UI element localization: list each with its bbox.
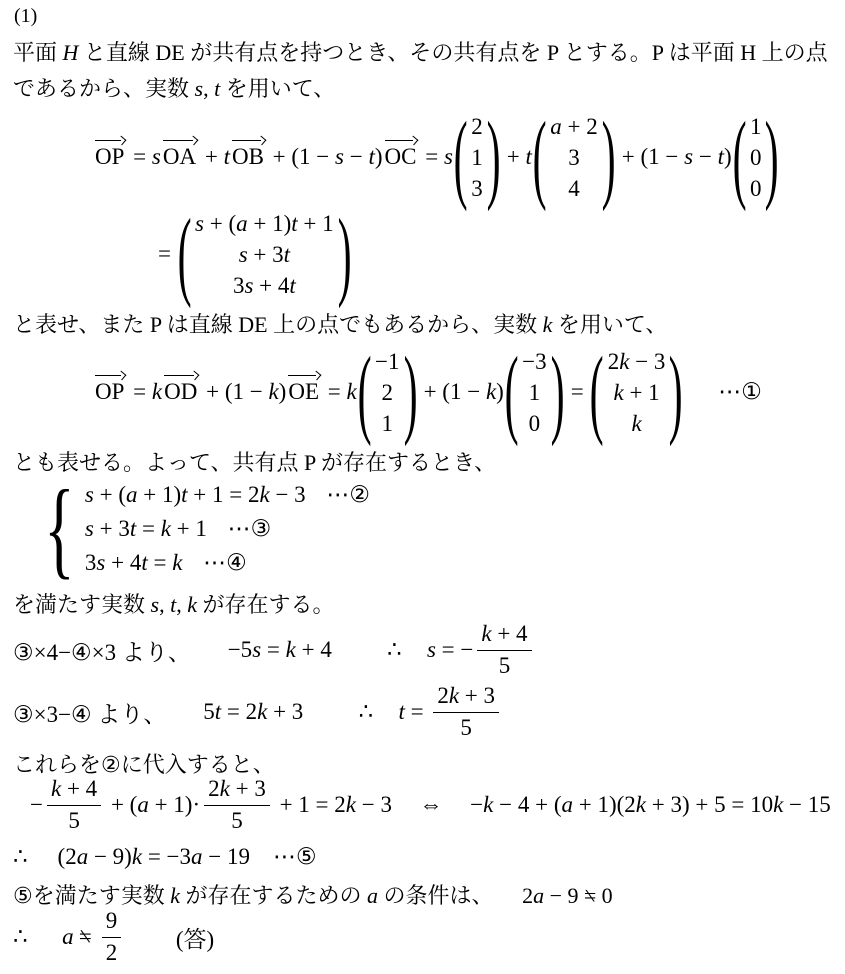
text-run: を用いて、 <box>552 312 667 337</box>
vector-component: 2 <box>372 377 402 408</box>
text-run: ⋯② <box>326 482 370 507</box>
text-run: k <box>619 349 629 374</box>
text-run: + 1)(2 <box>573 792 636 818</box>
text-run: ∴ <box>13 924 28 950</box>
text-run: ∴ <box>387 637 402 663</box>
text-run: が存在するための <box>180 883 367 908</box>
right-paren: ) <box>337 206 351 302</box>
text-run: ∴ <box>359 699 374 725</box>
text-run: a <box>550 114 562 139</box>
text-run: , <box>203 76 214 101</box>
fraction-numerator: 2k + 3 <box>204 776 270 805</box>
text-run: ∴ <box>13 844 28 869</box>
vector-label: OP <box>95 379 124 404</box>
text-run: − 15 <box>783 792 830 818</box>
vector-label: OB <box>232 144 264 169</box>
text-run: ⋯④ <box>203 550 247 575</box>
text-run: k <box>152 379 162 405</box>
text-run: (2 <box>58 844 77 869</box>
derivation-t-line: ③×3−④ より、5t = 2k + 3∴t = 2k + 35 <box>13 684 503 740</box>
line-de-paragraph: と表せ、また P は直線 DE 上の点でもあるから、実数 k を用いて、 <box>13 308 667 341</box>
text-run <box>92 924 98 950</box>
system-equation-4: 3s + 4t = k⋯④ <box>85 546 370 580</box>
fraction-denominator: 2 <box>106 938 118 966</box>
problem-part-label: (1) <box>14 5 37 28</box>
text-run: + 1)· <box>149 792 200 818</box>
text-run: − <box>30 792 43 818</box>
text-run: + ( <box>204 211 236 236</box>
vector-label: OP <box>95 144 124 169</box>
vector-components: a + 234 <box>547 111 600 204</box>
column-vector: (−121) <box>358 344 417 440</box>
spacer <box>402 650 427 651</box>
column-vector: (−310) <box>505 344 564 440</box>
spacer <box>392 805 420 806</box>
vector-component: 2 <box>468 111 486 142</box>
text-run: = <box>136 516 160 541</box>
vector-components: s + (a + 1)t + 1s + 3t3s + 4t <box>192 208 337 301</box>
right-paren: ) <box>669 344 683 440</box>
text-run: + 4 <box>296 637 332 663</box>
text-run: 5 <box>203 699 215 725</box>
text-run: k <box>286 637 296 663</box>
column-vector: (s + (a + 1)t + 1s + 3t3s + 4t) <box>178 206 351 302</box>
text-run: − 19 <box>203 844 250 869</box>
text-run: ⋯⑤ <box>273 844 317 869</box>
column-vector: (100) <box>733 109 779 205</box>
vector-component: k + 1 <box>605 377 669 408</box>
substituted-equation: −k + 45 + (a + 1)·2k + 35 + 1 = 2k − 3⇔−… <box>30 776 831 834</box>
text-run: + (1 − <box>418 379 486 405</box>
text-run: k <box>486 379 496 405</box>
text-run: であるから、実数 <box>13 76 195 101</box>
fraction-numerator: 9 <box>102 908 122 937</box>
text-run: 2 <box>437 683 449 708</box>
text-run: − 3 <box>629 349 665 374</box>
vector-component: s + (a + 1)t + 1 <box>192 208 337 239</box>
line-point-equation: OP = kOD + (1 − k)OE = k(−121) + (1 − k)… <box>93 344 762 440</box>
intersection-paragraph: とも表せる。よって、共有点 P が存在するとき、 <box>13 446 496 479</box>
text-run: = − <box>436 637 473 663</box>
derivation-s-line: ③×4−④×3 より、−5s = k + 4∴s = −k + 45 <box>13 622 536 678</box>
text-run: − 3 <box>356 792 392 818</box>
text-run: k <box>773 792 783 818</box>
text-run: 0 <box>750 145 762 170</box>
left-paren: ( <box>177 206 191 302</box>
text-run: + ( <box>94 482 126 507</box>
text-run: a <box>126 482 138 507</box>
text-run: = −3 <box>142 844 191 869</box>
vector-arrow-notation: OC <box>385 144 417 170</box>
text-run: 0 <box>596 883 613 908</box>
spacer <box>28 937 63 938</box>
vector-component: 0 <box>519 408 549 439</box>
text-run: s <box>195 211 204 236</box>
text-run: a <box>236 211 248 236</box>
text-run: + 1 = 2 <box>188 482 260 507</box>
fraction-numerator: k + 4 <box>47 776 101 805</box>
fraction-numerator: k + 4 <box>477 621 531 650</box>
text-run: ) <box>724 144 732 170</box>
text-run: k <box>268 379 278 405</box>
text-run: = <box>148 550 172 575</box>
intro-paragraph-line-2: であるから、実数 s, t を用いて、 <box>13 72 335 105</box>
text-run: , <box>159 592 170 617</box>
text-run: s <box>152 144 161 170</box>
right-paren: ) <box>601 109 615 205</box>
right-paren: ) <box>486 109 500 205</box>
text-run: k <box>636 792 646 818</box>
vector-components: 2k − 3k + 1k <box>605 346 669 439</box>
text-run: k <box>481 621 491 646</box>
text-run: k <box>483 792 493 818</box>
text-run: s <box>335 144 344 170</box>
text-run: s <box>85 516 94 541</box>
text-run: − <box>693 144 717 170</box>
vector-components: 100 <box>747 111 765 204</box>
vector-component: 1 <box>519 377 549 408</box>
text-run: s <box>85 482 94 507</box>
vector-components: −121 <box>372 346 402 439</box>
text-run: 1 <box>382 411 394 436</box>
vector-label: OD <box>164 379 197 404</box>
spacer <box>443 805 471 806</box>
right-paren: ) <box>765 109 779 205</box>
text-run: 1 <box>471 145 483 170</box>
system-equation-list: s + (a + 1)t + 1 = 2k − 3⋯② s + 3t = k +… <box>85 478 370 580</box>
text-run: + 3 <box>230 776 266 801</box>
text-run: s <box>239 242 248 267</box>
text-run: ⋯① <box>718 379 762 405</box>
text-run: s <box>427 637 436 663</box>
vector-component: 2k − 3 <box>605 346 669 377</box>
fraction: 2k + 35 <box>204 776 270 834</box>
text-run: 3 <box>233 273 245 298</box>
vector-component: a + 2 <box>547 111 600 142</box>
column-vector: (2k − 3k + 1k) <box>590 344 682 440</box>
vector-component: 0 <box>747 173 765 204</box>
text-run: + 1 <box>171 516 207 541</box>
text-run: + ( <box>105 792 137 818</box>
text-run: = <box>261 637 285 663</box>
text-run: + 1 <box>624 380 660 405</box>
plane-point-vector-result: = (s + (a + 1)t + 1s + 3t3s + 4t) <box>158 206 352 302</box>
vector-arrow-notation: OP <box>95 379 124 405</box>
text-run: が存在する。 <box>197 592 335 617</box>
fraction: k + 45 <box>47 776 101 834</box>
text-run: = <box>127 379 151 405</box>
spacer <box>303 712 358 713</box>
answer-line: ∴a ≠ 92(答) <box>13 908 214 966</box>
fraction: 92 <box>102 908 122 966</box>
text-run: 0 <box>529 411 541 436</box>
intro-paragraph-line-1: 平面 H と直線 DE が共有点を持つとき、その共有点を P とする。P は平面… <box>13 36 828 69</box>
text-run: 2 <box>106 940 118 965</box>
existence-paragraph: を満たす実数 s, t, k が存在する。 <box>13 588 334 621</box>
fraction-denominator: 5 <box>231 806 243 834</box>
text-run: k <box>161 516 171 541</box>
vector-label: OE <box>288 379 319 404</box>
text-run: a <box>62 924 74 950</box>
text-run: a <box>77 844 89 869</box>
spacer <box>191 650 228 651</box>
text-run: ) <box>375 144 383 170</box>
text-run: = 2 <box>221 699 257 725</box>
text-run: a <box>367 883 378 908</box>
text-run: −5 <box>228 637 252 663</box>
text-run: k <box>347 379 357 405</box>
text-run: 3 <box>568 145 580 170</box>
text-run: k <box>631 411 641 436</box>
text-run: と直線 DE が共有点を持つとき、その共有点を P とする。P は平面 H 上の… <box>78 40 827 65</box>
left-paren: ( <box>590 344 604 440</box>
text-run: − <box>344 144 368 170</box>
text-run: k <box>172 550 182 575</box>
vector-arrow-notation: OD <box>164 379 197 405</box>
text-run: 2 <box>382 380 394 405</box>
text-run: − 4 + ( <box>493 792 561 818</box>
text-run: k <box>170 883 180 908</box>
text-run: ⋯③ <box>228 516 272 541</box>
text-run: 2 <box>522 883 533 908</box>
text-run: 5 <box>460 715 472 740</box>
text-run: = <box>322 379 346 405</box>
spacer <box>684 392 719 393</box>
system-equation-3: s + 3t = k + 1⋯③ <box>85 512 370 546</box>
spacer <box>250 863 273 864</box>
spacer <box>332 650 387 651</box>
text-run: これらを②に代入すると、 <box>13 752 275 777</box>
text-run: 5 <box>68 808 80 833</box>
text-run: − 3 <box>270 482 306 507</box>
text-run: −3 <box>522 349 546 374</box>
text-run: ) <box>496 379 504 405</box>
text-run: t <box>526 144 532 170</box>
text-run: + 4 <box>105 550 141 575</box>
text-run: + 3 <box>459 683 495 708</box>
text-run: k <box>51 776 61 801</box>
spacer <box>306 501 327 502</box>
text-run: + 3) + 5 = 10 <box>646 792 773 818</box>
text-run: + 4 <box>61 776 97 801</box>
text-run: k <box>187 592 197 617</box>
vector-component: 1 <box>747 111 765 142</box>
spacer <box>125 937 176 938</box>
text-run: 4 <box>568 176 580 201</box>
vector-components: −310 <box>519 346 549 439</box>
left-paren: ( <box>732 109 746 205</box>
text-run: + 1 = 2 <box>274 792 346 818</box>
text-run: t <box>284 242 290 267</box>
spacer <box>207 535 228 536</box>
text-run: − 9 <box>544 883 584 908</box>
vector-component: 3s + 4t <box>192 270 337 301</box>
text-run: 3 <box>85 550 97 575</box>
text-run: + 2 <box>562 114 598 139</box>
column-vector: (213) <box>454 109 500 205</box>
text-run: + 3 <box>267 699 303 725</box>
text-run: と表せ、また P は直線 DE 上の点でもあるから、実数 <box>13 312 543 337</box>
text-run: a <box>137 792 149 818</box>
text-run: − 9) <box>88 844 132 869</box>
text-run: (答) <box>176 921 214 954</box>
text-run: の条件は、 <box>378 883 494 908</box>
text-run: + 1) <box>248 211 292 236</box>
text-run: = <box>565 379 589 405</box>
text-run: 平面 <box>13 40 63 65</box>
vector-arrow-notation: OP <box>95 144 124 170</box>
text-run: s <box>684 144 693 170</box>
text-run: a <box>191 844 203 869</box>
text-run: k <box>259 482 269 507</box>
fraction: 2k + 35 <box>433 683 499 741</box>
text-run: + 3 <box>94 516 130 541</box>
spacer <box>182 569 203 570</box>
text-run: + (1 − <box>267 144 335 170</box>
text-run: k <box>346 792 356 818</box>
text-run: = <box>419 144 443 170</box>
vector-component: −1 <box>372 346 402 377</box>
plane-point-equation: OP = sOA + tOB + (1 − s − t)OC = s(213) … <box>93 110 780 204</box>
left-paren: ( <box>454 109 468 205</box>
vector-component: 1 <box>372 408 402 439</box>
text-run: ③×3−④ より、 <box>13 696 166 729</box>
text-run: = <box>158 241 177 267</box>
spacer <box>166 712 203 713</box>
left-paren: ( <box>533 109 547 205</box>
vector-component: 0 <box>747 142 765 173</box>
vector-label: OA <box>163 144 196 169</box>
text-run: を用いて、 <box>220 76 335 101</box>
text-run: + <box>199 144 223 170</box>
text-run: t <box>224 144 230 170</box>
not-equal-sign: ≠ <box>584 879 596 912</box>
spacer <box>373 712 398 713</box>
text-run: s <box>252 637 261 663</box>
text-run: ) <box>279 379 287 405</box>
text-run: s <box>96 550 105 575</box>
text-run: + 3 <box>248 242 284 267</box>
text-run: k <box>220 776 230 801</box>
vector-component: s + 3t <box>192 239 337 270</box>
spacer <box>494 902 523 903</box>
equation-five-line: ∴(2a − 9)k = −3a − 19⋯⑤ <box>13 844 317 870</box>
text-run: t <box>289 273 295 298</box>
text-run: + (1 − <box>200 379 268 405</box>
vector-component: 3 <box>547 142 600 173</box>
fraction-numerator: 2k + 3 <box>433 683 499 712</box>
text-run: ⑤を満たす実数 <box>13 883 170 908</box>
fraction-denominator: 5 <box>460 713 472 741</box>
fraction: k + 45 <box>477 621 531 679</box>
text-run: 1 <box>529 380 541 405</box>
text-run: 9 <box>106 908 118 933</box>
vector-label: OC <box>385 144 417 169</box>
system-equation-2: s + (a + 1)t + 1 = 2k − 3⋯② <box>85 478 370 512</box>
text-run: 3 <box>471 176 483 201</box>
text-run: s <box>444 144 453 170</box>
right-paren: ) <box>403 344 417 440</box>
vector-component: 1 <box>468 142 486 173</box>
text-run: s <box>151 592 160 617</box>
system-left-brace: { <box>44 478 75 581</box>
vector-arrow-notation: OB <box>232 144 264 170</box>
vector-components: 213 <box>468 111 486 204</box>
fraction-denominator: 5 <box>499 651 511 679</box>
left-paren: ( <box>357 344 371 440</box>
text-run: −1 <box>375 349 399 374</box>
text-run: − <box>470 792 483 818</box>
text-run: + <box>501 144 525 170</box>
vector-component: −3 <box>519 346 549 377</box>
vector-arrow-notation: OA <box>163 144 196 170</box>
spacer <box>28 863 58 864</box>
text-run: とも表せる。よって、共有点 P が存在するとき、 <box>13 450 496 475</box>
column-vector: (a + 234) <box>533 109 615 205</box>
text-run: 1 <box>750 114 762 139</box>
not-equal-sign: ≠ <box>79 924 92 950</box>
text-run: + 1) <box>137 482 181 507</box>
text-run: ③×4−④×3 より、 <box>13 634 191 667</box>
left-paren: ( <box>504 344 518 440</box>
right-paren: ) <box>550 344 564 440</box>
text-run: = <box>405 699 429 725</box>
vector-component: 3 <box>468 173 486 204</box>
text-run: + 4 <box>253 273 289 298</box>
text-run: s <box>195 76 204 101</box>
text-run: a <box>561 792 573 818</box>
text-run: 2 <box>208 776 220 801</box>
text-run: 2 <box>608 349 620 374</box>
text-run: k <box>543 312 553 337</box>
text-run: 2 <box>471 114 483 139</box>
text-run: k <box>132 844 142 869</box>
text-run: k <box>613 380 623 405</box>
text-run: H <box>63 40 79 65</box>
text-run: ⇔ <box>420 792 443 818</box>
text-run: a <box>533 883 544 908</box>
text-run: k <box>449 683 459 708</box>
simultaneous-equations: { s + (a + 1)t + 1 = 2k − 3⋯② s + 3t = k… <box>50 478 370 580</box>
text-run: + (1 − <box>616 144 684 170</box>
text-run: 5 <box>231 808 243 833</box>
text-run: k <box>257 699 267 725</box>
text-run: = <box>127 144 151 170</box>
text-run: 5 <box>499 653 511 678</box>
vector-arrow-notation: OE <box>288 379 319 405</box>
text-run: を満たす実数 <box>13 592 151 617</box>
text-run: , <box>176 592 187 617</box>
vector-component: 4 <box>547 173 600 204</box>
math-solution-page: (1) 平面 H と直線 DE が共有点を持つとき、その共有点を P とする。P… <box>0 0 845 974</box>
text-run: 0 <box>750 176 762 201</box>
text-run: + 4 <box>492 621 528 646</box>
vector-component: k <box>605 408 669 439</box>
fraction-denominator: 5 <box>68 806 80 834</box>
text-run: + 1 <box>298 211 334 236</box>
